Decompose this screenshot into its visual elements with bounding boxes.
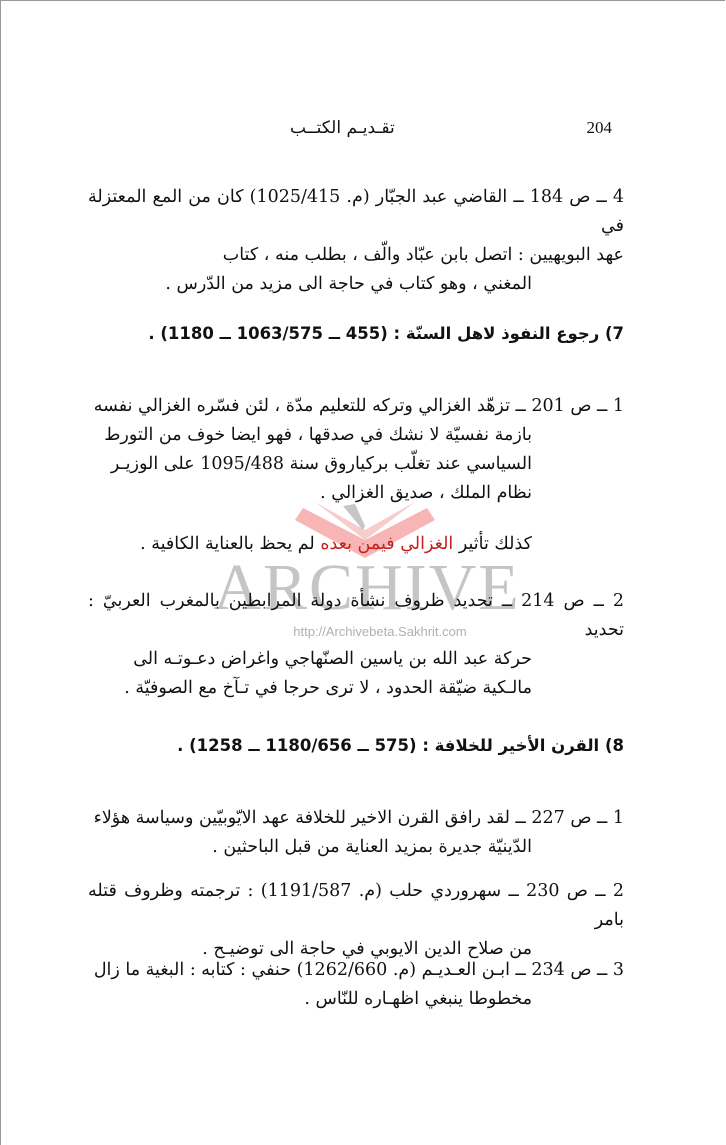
entry-first-line: 2 ــ ص 230 ــ سهروردي حلب (م. 1191/587) … (88, 877, 624, 935)
entry-first-line: 1 ــ ص 227 ــ لقد رافق القرن الاخير للخل… (88, 804, 624, 833)
entry-4-p184: 4 ــ ص 184 ــ القاضي عبد الجبّار (م. 102… (88, 183, 624, 299)
note-highlight: الغزالي فيمن بعده (320, 534, 453, 554)
section-heading-8: 8) القرن الأخير للخلافة : (575 ــ 1180/6… (104, 736, 624, 755)
entry-line: حركة عبد الله بن ياسين الصنّهاجي واغراض … (88, 645, 624, 674)
entry-line: السياسي عند تغلّب بركياروق سنة 1095/488 … (88, 450, 624, 479)
entry-line: عهد البويهيين : اتصل بابن عبّاد والّف ، … (88, 241, 624, 270)
running-head: تقـديـم الكتــب 204 (290, 118, 612, 148)
entry-1-note: كذلك تأثير الغزالي فيمن بعده لم يحظ بالع… (88, 534, 532, 554)
entry-first-line: 2 ــ ص 214 ــ تحديد ظروف نشأة دولة المرا… (88, 587, 624, 645)
note-text: كذلك تأثير (453, 534, 532, 554)
entry-line: مخطوطا ينبغي اظهـاره للنّاس . (88, 985, 624, 1014)
entry-2-p214: 2 ــ ص 214 ــ تحديد ظروف نشأة دولة المرا… (88, 587, 624, 703)
entry-2-p230: 2 ــ ص 230 ــ سهروردي حلب (م. 1191/587) … (88, 877, 624, 964)
entry-first-line: 3 ــ ص 234 ــ ابـن العـديـم (م. 1262/660… (88, 956, 624, 985)
entry-line: بازمة نفسيّة لا نشك في صدقها ، فهو ايضا … (88, 421, 624, 450)
entry-line: مالـكية ضيّقة الحدود ، لا ترى حرجا في تـ… (88, 674, 624, 703)
book-page: تقـديـم الكتــب 204 4 ــ ص 184 ــ القاضي… (0, 0, 726, 1145)
note-text: لم يحظ بالعناية الكافية . (140, 534, 320, 554)
entry-1-p227: 1 ــ ص 227 ــ لقد رافق القرن الاخير للخل… (88, 804, 624, 862)
entry-line: الدّينيّة جديرة بمزيد العناية من قبل الب… (88, 833, 624, 862)
entry-first-line: 1 ــ ص 201 ــ تزهّد الغزالي وتركه للتعلي… (88, 392, 624, 421)
entry-first-line: 4 ــ ص 184 ــ القاضي عبد الجبّار (م. 102… (88, 183, 624, 241)
entry-3-p234: 3 ــ ص 234 ــ ابـن العـديـم (م. 1262/660… (88, 956, 624, 1014)
section-heading-7: 7) رجوع النفوذ لاهل السنّة : (455 ــ 106… (104, 324, 624, 343)
entry-line: نظام الملك ، صديق الغزالي . (88, 479, 624, 508)
entry-line: المغني ، وهو كتاب في حاجة الى مزيد من ال… (88, 270, 624, 299)
entry-1-p201: 1 ــ ص 201 ــ تزهّد الغزالي وتركه للتعلي… (88, 392, 624, 508)
running-title: تقـديـم الكتــب (290, 118, 395, 138)
page-number: 204 (587, 118, 613, 138)
